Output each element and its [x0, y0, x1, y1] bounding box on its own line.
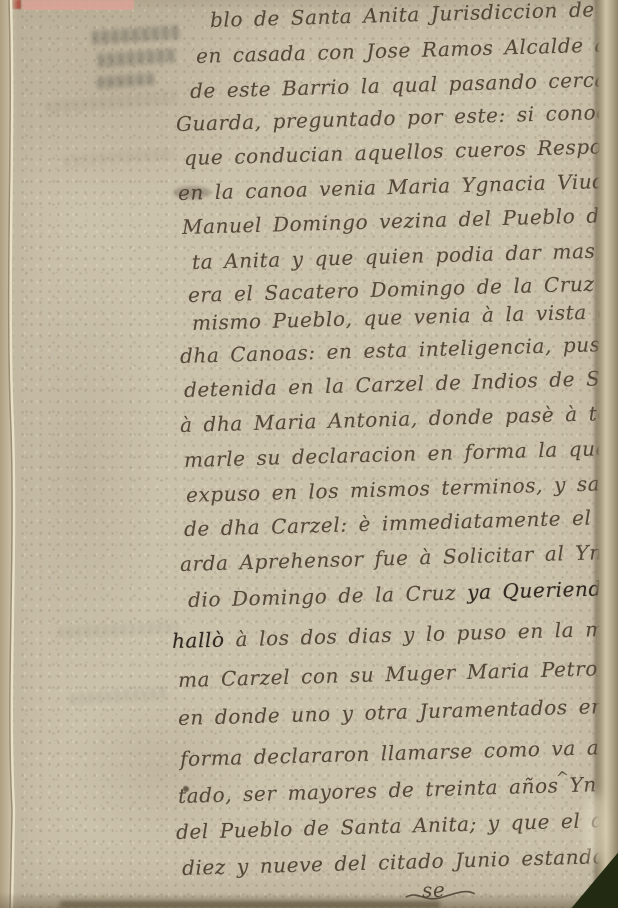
manuscript-line-13: à dha Maria Antonia, donde pasè à to: [180, 401, 611, 437]
manuscript-line-7: Manuel Domingo vezina del Pueblo de San: [182, 202, 618, 239]
ink-bleedthrough: [64, 148, 175, 168]
line-text: dio Domingo de la Cruz: [188, 580, 468, 612]
bottom-edge-smudge: [60, 901, 440, 908]
bleedthrough-line: [97, 48, 176, 67]
left-edge-crease: [0, 0, 24, 908]
manuscript-line-25: diez y nueve del citado Junio estando: [182, 844, 606, 880]
manuscript-line-4: Guarda, preguntado por este: si conocia …: [176, 98, 618, 136]
manuscript-line-14: marle su declaracion en forma la que: [184, 436, 609, 472]
dark-ink-addition: ya Queriendolo: [467, 576, 618, 605]
manuscript-line-24: del Pueblo de Santa Anita; y que el dia: [176, 807, 618, 844]
catchword-flourish: [404, 887, 477, 906]
manuscript-line-5: que conducian aquellos cueros Respondio …: [184, 132, 618, 170]
manuscript-line-15: expuso en los mismos terminos, y salio: [186, 471, 618, 507]
pink-stamp-strip: [22, 0, 134, 10]
manuscript-line-1: blo de Santa Anita Jurisdiccion de S. en…: [210, 0, 618, 32]
ink-bleedthrough: [58, 621, 178, 639]
manuscript-line-18: dio Domingo de la Cruz ya Queriendolo: [188, 576, 618, 612]
manuscript-line-20: ma Carzel con su Muger Maria Petro: [178, 656, 599, 692]
manuscript-line-12: detenida en la Carzel de Indios de San J…: [184, 365, 618, 402]
dark-ink-addition: hallò: [172, 627, 236, 653]
manuscript-line-16: de dha Carzel: è immediatamente el Gu: [184, 504, 618, 541]
line-text: à los dos dias y lo puso en la mis: [235, 616, 618, 651]
page-bottom-shadow: [0, 892, 618, 908]
manuscript-line-3: de este Barrio la qual pasando cerca del: [190, 66, 618, 103]
manuscript-line-22: forma declararon llamarse como va ano: [180, 735, 618, 771]
torn-left-edge: [0, 0, 18, 908]
manuscript-line-8: ta Anita y que quien podia dar mas razon: [192, 237, 618, 274]
manuscript-line-23: tado, ser mayores de treinta años Yn: [178, 772, 597, 808]
manuscript-line-6: en la canoa venia Maria Ygnacia Viuda de: [178, 168, 618, 205]
ink-bleedthrough: [70, 687, 171, 706]
stamp-bleedthrough: [92, 25, 184, 98]
catchword: se: [422, 878, 446, 903]
manuscript-page: blo de Santa Anita Jurisdiccion de S. en…: [0, 0, 618, 908]
manuscript-line-19: hallò à los dos dias y lo puso en la mis: [172, 616, 618, 653]
red-stamp-fragment: [2, 0, 21, 9]
paper-stain: [10, 240, 160, 700]
ink-bleedthrough: [46, 90, 177, 114]
manuscript-line-11: dha Canoas: en esta inteligencia, puso p…: [180, 331, 618, 368]
manuscript-line-21: en donde uno y otra Juramentados en: [178, 694, 605, 730]
insertion-caret: ^: [555, 767, 570, 787]
manuscript-line-17: arda Aprehensor fue à Solicitar al Yn: [180, 540, 603, 576]
bleedthrough-line: [92, 25, 181, 45]
manuscript-line-2: en casada con Jose Ramos Alcalde actual: [196, 31, 618, 68]
bleedthrough-line: [97, 73, 156, 89]
